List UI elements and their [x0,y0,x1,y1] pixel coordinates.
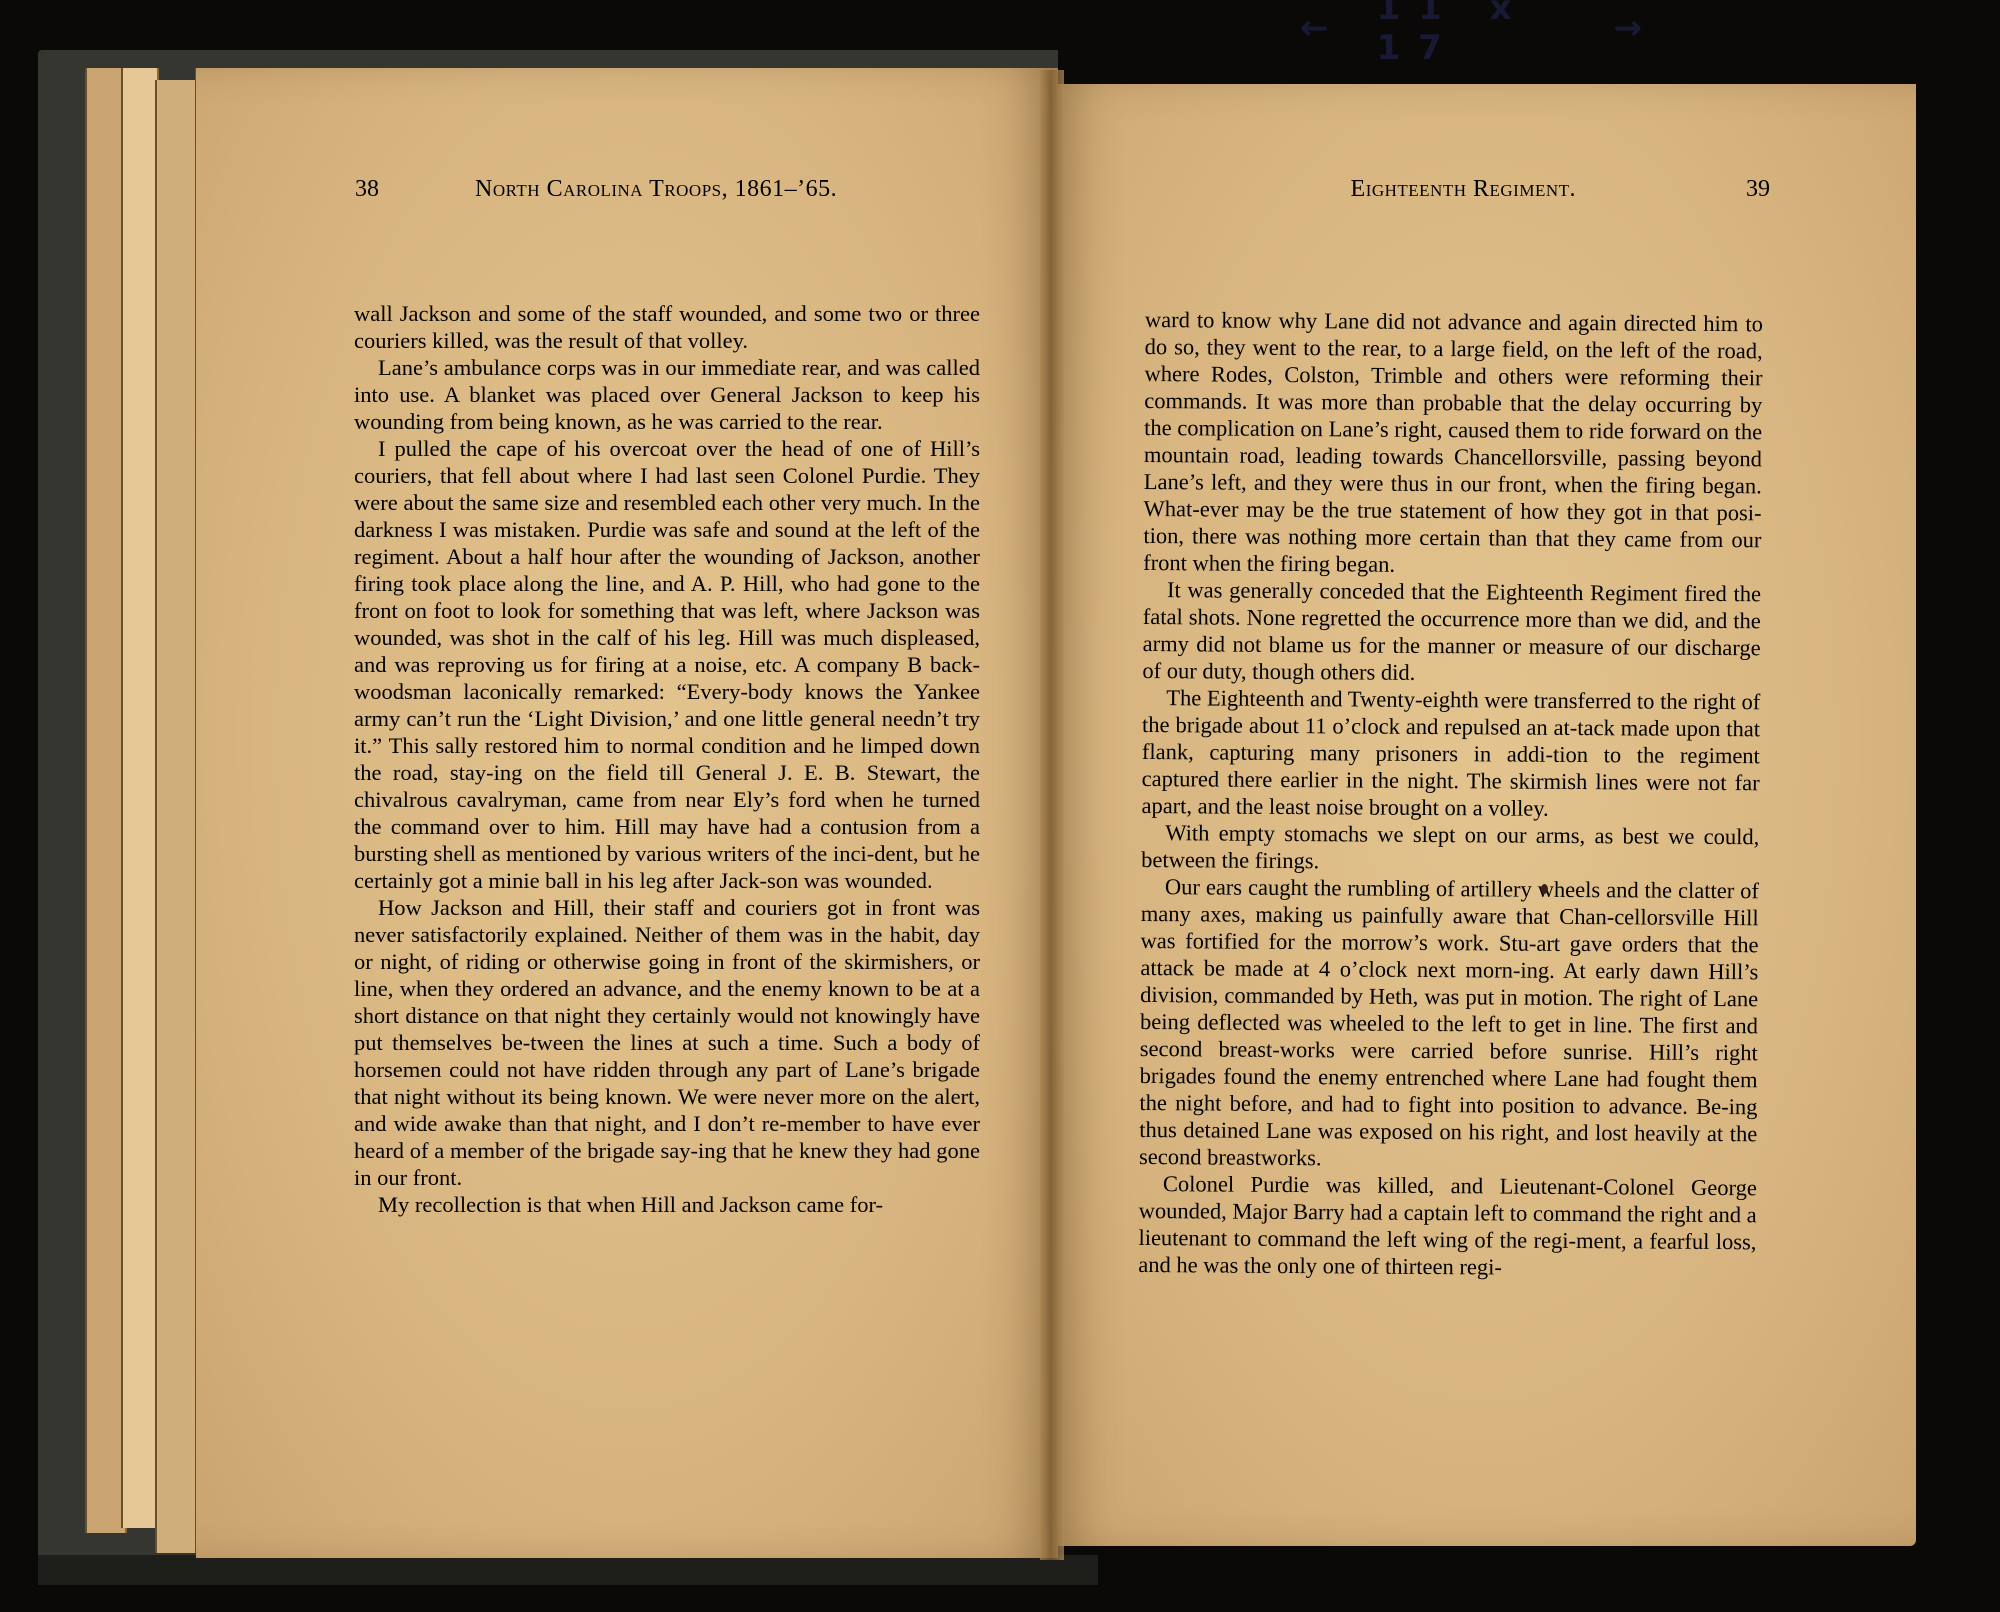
page-edge-stack [85,68,205,1553]
page-number-right: 39 [1746,176,1770,203]
book-cover-bottom-edge [38,1555,1098,1585]
ruler-label: 11 x 17 [1377,0,1584,68]
right-running-head: Eighteenth Regiment. 39 [1140,176,1770,216]
paragraph: It was generally conceded that the Eight… [1142,576,1761,688]
right-page-body: ward to know why Lane did not advance an… [1138,306,1763,1282]
scan-ruler-mark: ← 11 x 17 → [1300,8,1660,48]
running-head-title-left: North Carolina Troops, 1861–’65. [475,176,837,203]
paragraph: Lane’s ambulance corps was in our immedi… [354,354,980,435]
paragraph: With empty stomachs we slept on our arms… [1141,819,1759,877]
left-running-head: 38 North Carolina Troops, 1861–’65. [355,176,995,216]
page-edge [121,68,159,1528]
paragraph: I pulled the cape of his overcoat over t… [354,435,980,894]
paragraph: Colonel Purdie was killed, and Lieutenan… [1138,1170,1757,1282]
arrow-left-icon: ← [1300,8,1347,48]
page-edge [155,80,199,1553]
paragraph: My recollection is that when Hill and Ja… [354,1191,980,1218]
page-number-left: 38 [355,176,475,203]
paragraph: wall Jackson and some of the staff wound… [354,300,980,354]
paragraph: ward to know why Lane did not advance an… [1143,306,1763,580]
paragraph: The Eighteenth and Twenty-eighth were tr… [1141,684,1760,823]
running-head-title-right: Eighteenth Regiment. [1351,176,1576,203]
book-gutter [1040,70,1064,1560]
left-page-body: wall Jackson and some of the staff wound… [354,300,980,1218]
arrow-right-icon: → [1614,8,1661,48]
paragraph: Our ears caught the rumbling of artiller… [1139,873,1759,1174]
ink-blot [1541,884,1548,894]
paragraph: How Jackson and Hill, their staff and co… [354,894,980,1191]
